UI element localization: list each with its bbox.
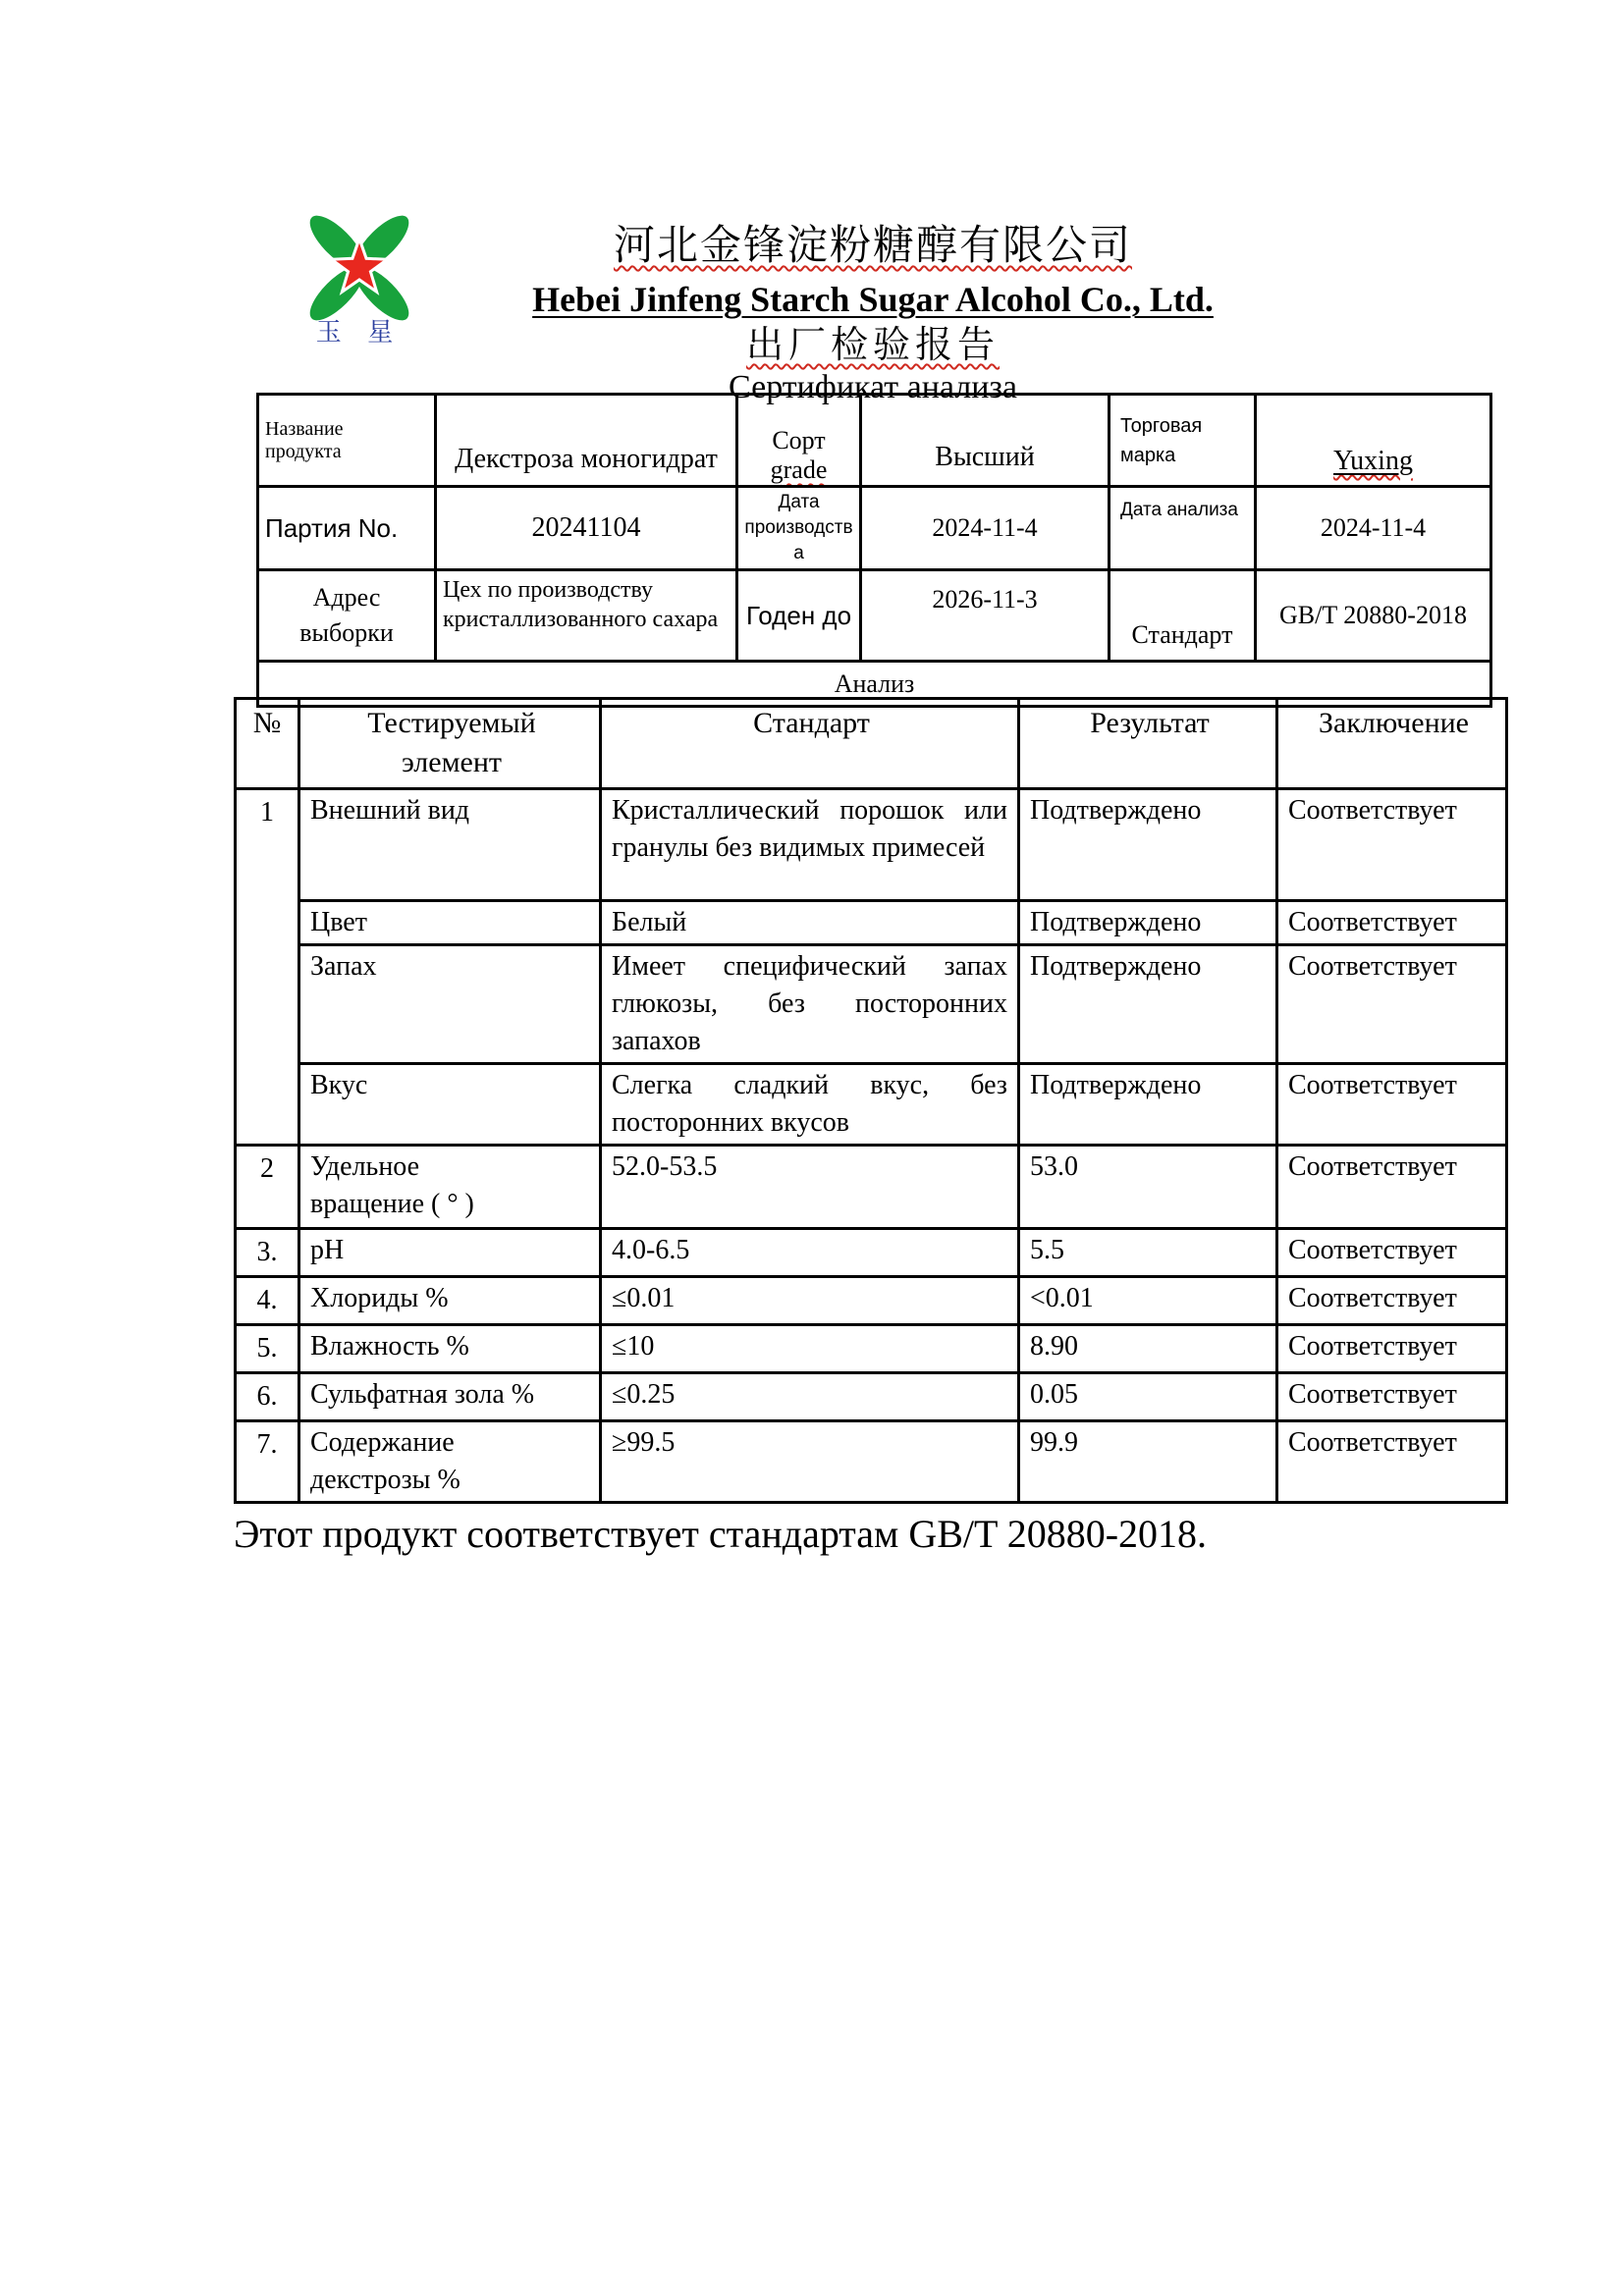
analysis-date-value-cell: 2024-11-4 (1256, 487, 1491, 570)
table-row: 4. Хлориды % ≤0.01 <0.01 Соответствует (236, 1277, 1507, 1325)
row-result: 0.05 (1019, 1373, 1277, 1421)
product-name-label: Название продукта (265, 418, 344, 462)
conformity-statement: Этот продукт соответствует стандартам GB… (234, 1512, 1510, 1557)
row-result: Подтверждено (1019, 789, 1277, 901)
table-row: Запах Имеет специфический запах глюкозы,… (236, 945, 1507, 1064)
info-row-batch: Партия No. 20241104 Дата производства 20… (258, 487, 1491, 570)
analysis-section-label: Анализ (835, 669, 915, 698)
sampling-address-value: Цех по производству кристаллизованного с… (443, 577, 718, 632)
sampling-address-label-line2: выборки (269, 615, 424, 651)
row-item: Вкус (299, 1064, 601, 1146)
trademark-value: Yuxing (1333, 446, 1413, 476)
col-header-result: Результат (1019, 699, 1277, 789)
row-standard: 4.0-6.5 (601, 1229, 1019, 1277)
batch-value-cell: 20241104 (436, 487, 737, 570)
production-date-label-line2: производства (742, 515, 855, 566)
row-result: Подтверждено (1019, 1064, 1277, 1146)
expiry-label: Годен до (746, 601, 851, 630)
company-name-english: Hebei Jinfeng Starch Sugar Alcohol Co., … (532, 281, 1214, 318)
trademark-label-cell: Торговая марка (1110, 395, 1256, 487)
expiry-value: 2026-11-3 (932, 585, 1037, 614)
production-date-label-line1: Дата (742, 490, 855, 515)
row-result: 53.0 (1019, 1146, 1277, 1229)
row-item: Сульфатная зола % (299, 1373, 601, 1421)
row-no: 2 (236, 1146, 299, 1229)
certificate-page: 玉 星 河北金锋淀粉糖醇有限公司 Hebei Jinfeng Starch Su… (0, 0, 1624, 2296)
analysis-date-value: 2024-11-4 (1321, 513, 1426, 542)
row-result: <0.01 (1019, 1277, 1277, 1325)
analysis-date-label-cell: Дата анализа (1110, 487, 1256, 570)
row-result: Подтверждено (1019, 901, 1277, 945)
grade-value: Высший (935, 442, 1034, 472)
row-conclusion: Соответствует (1277, 1229, 1507, 1277)
grade-label-ru: Сорт (748, 426, 849, 455)
row-standard: ≥99.5 (601, 1421, 1019, 1503)
table-row: Цвет Белый Подтверждено Соответствует (236, 901, 1507, 945)
row-item: Внешний вид (299, 789, 601, 901)
trademark-label-line1: Торговая (1120, 411, 1244, 441)
row-conclusion: Соответствует (1277, 789, 1507, 901)
info-row-address: Адрес выборки Цех по производству криста… (258, 570, 1491, 662)
row-item: pH (299, 1229, 601, 1277)
batch-label: Партия No. (265, 513, 398, 543)
row-result: 5.5 (1019, 1229, 1277, 1277)
row-conclusion: Соответствует (1277, 1064, 1507, 1146)
row-item: Влажность % (299, 1325, 601, 1373)
grade-value-cell: Высший (861, 395, 1110, 487)
row-item: Цвет (299, 901, 601, 945)
row-standard: Кристаллический порошок или гранулы без … (601, 789, 1019, 901)
row-conclusion: Соответствует (1277, 1325, 1507, 1373)
standard-value: GB/T 20880-2018 (1279, 601, 1467, 629)
sampling-address-label-cell: Адрес выборки (258, 570, 436, 662)
product-name-label-cell: Название продукта (258, 395, 436, 487)
trademark-value-underline: Yuxing (1333, 446, 1413, 476)
row-standard: ≤0.25 (601, 1373, 1019, 1421)
row-item: Удельное вращение ( ° ) (299, 1146, 601, 1229)
info-table: Название продукта Декстроза моногидрат С… (256, 393, 1492, 708)
row-no: 5. (236, 1325, 299, 1373)
row-standard: ≤10 (601, 1325, 1019, 1373)
row-item: Хлориды % (299, 1277, 601, 1325)
row-conclusion: Соответствует (1277, 1421, 1507, 1503)
table-row: 1 Внешний вид Кристаллический порошок ил… (236, 789, 1507, 901)
col-header-no: № (236, 699, 299, 789)
row-conclusion: Соответствует (1277, 1146, 1507, 1229)
table-row: 5. Влажность % ≤10 8.90 Соответствует (236, 1325, 1507, 1373)
table-row: 2 Удельное вращение ( ° ) 52.0-53.5 53.0… (236, 1146, 1507, 1229)
batch-label-cell: Партия No. (258, 487, 436, 570)
grade-label-cell: Сорт grade (737, 395, 861, 487)
row-conclusion: Соответствует (1277, 1277, 1507, 1325)
company-name-chinese: 河北金锋淀粉糖醇有限公司 (256, 224, 1489, 269)
row-standard: Слегка сладкий вкус, без посторонних вку… (601, 1064, 1019, 1146)
grade-label-en: grade (771, 455, 828, 484)
row-no: 3. (236, 1229, 299, 1277)
row-no: 4. (236, 1277, 299, 1325)
standard-label: Стандарт (1132, 620, 1233, 649)
trademark-label-line2: марка (1120, 441, 1244, 470)
product-name-value: Декстроза моногидрат (455, 444, 718, 474)
row-item: Запах (299, 945, 601, 1064)
row-no: 7. (236, 1421, 299, 1503)
table-row: Вкус Слегка сладкий вкус, без посторонни… (236, 1064, 1507, 1146)
table-row: 3. pH 4.0-6.5 5.5 Соответствует (236, 1229, 1507, 1277)
row-standard: Белый (601, 901, 1019, 945)
batch-value: 20241104 (532, 512, 641, 543)
analysis-date-label: Дата анализа (1120, 500, 1238, 520)
expiry-value-cell: 2026-11-3 (861, 570, 1110, 662)
row-standard: 52.0-53.5 (601, 1146, 1019, 1229)
info-row-product: Название продукта Декстроза моногидрат С… (258, 395, 1491, 487)
col-header-standard: Стандарт (601, 699, 1019, 789)
row-result: 99.9 (1019, 1421, 1277, 1503)
expiry-label-cell: Годен до (737, 570, 861, 662)
row-no: 1 (236, 789, 299, 1146)
standard-label-cell: Стандарт (1110, 570, 1256, 662)
report-title-chinese: 出厂检验报告 (746, 326, 1000, 365)
row-conclusion: Соответствует (1277, 1373, 1507, 1421)
row-standard: Имеет специфический запах глюкозы, без п… (601, 945, 1019, 1064)
analysis-table: № Тестируемый элемент Стандарт Результат… (234, 697, 1508, 1504)
sampling-address-value-cell: Цех по производству кристаллизованного с… (436, 570, 737, 662)
col-header-conclusion: Заключение (1277, 699, 1507, 789)
row-no: 6. (236, 1373, 299, 1421)
row-conclusion: Соответствует (1277, 901, 1507, 945)
row-result: Подтверждено (1019, 945, 1277, 1064)
report-title-chinese-row: 出厂检验报告 (256, 318, 1489, 365)
title-block: 河北金锋淀粉糖醇有限公司 Hebei Jinfeng Starch Sugar … (256, 224, 1489, 404)
row-conclusion: Соответствует (1277, 945, 1507, 1064)
production-date-label-cell: Дата производства (737, 487, 861, 570)
analysis-header-row: № Тестируемый элемент Стандарт Результат… (236, 699, 1507, 789)
table-row: 6. Сульфатная зола % ≤0.25 0.05 Соответс… (236, 1373, 1507, 1421)
company-name-english-row: Hebei Jinfeng Starch Sugar Alcohol Co., … (256, 269, 1489, 318)
production-date-value-cell: 2024-11-4 (861, 487, 1110, 570)
row-item: Содержание декстрозы % (299, 1421, 601, 1503)
trademark-value-cell: Yuxing (1256, 395, 1491, 487)
sampling-address-label-line1: Адрес (269, 580, 424, 615)
standard-value-cell: GB/T 20880-2018 (1256, 570, 1491, 662)
row-result: 8.90 (1019, 1325, 1277, 1373)
table-row: 7. Содержание декстрозы % ≥99.5 99.9 Соо… (236, 1421, 1507, 1503)
production-date-value: 2024-11-4 (932, 513, 1037, 542)
row-standard: ≤0.01 (601, 1277, 1019, 1325)
product-name-value-cell: Декстроза моногидрат (436, 395, 737, 487)
col-header-item: Тестируемый элемент (299, 699, 601, 789)
